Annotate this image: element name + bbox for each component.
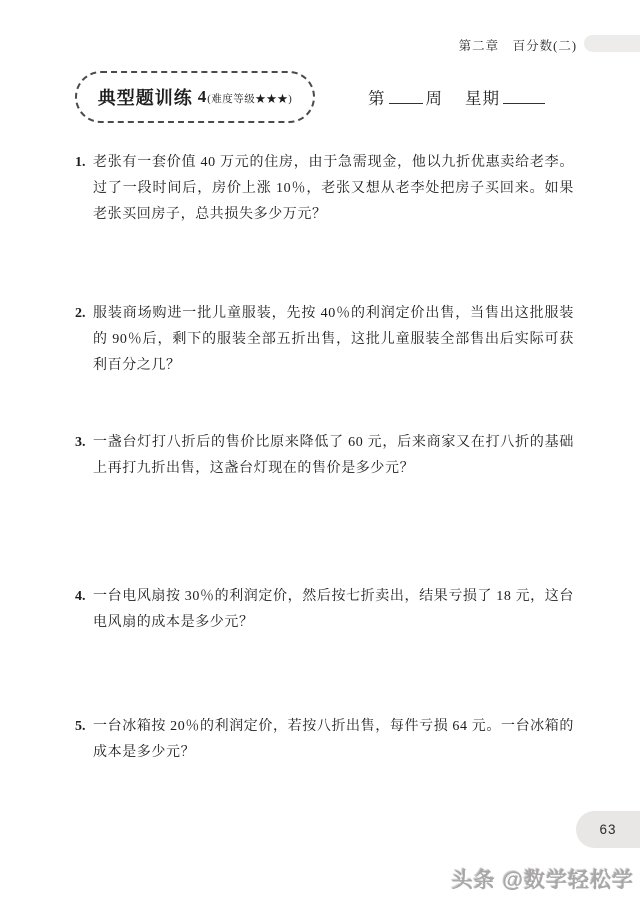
problem-1-text: 老张有一套价值 40 万元的住房，由于急需现金，他以九折优惠卖给老李。过了一段时…	[93, 150, 574, 228]
problem-1: 1. 老张有一套价值 40 万元的住房，由于急需现金，他以九折优惠卖给老李。过了…	[75, 150, 574, 228]
problem-3-text: 一盏台灯打八折后的售价比原来降低了 60 元，后来商家又在打八折的基础上再打九折…	[93, 430, 574, 482]
problem-4: 4. 一台电风扇按 30％的利润定价，然后按七折卖出，结果亏损了 18 元，这台…	[75, 584, 574, 636]
problem-1-number: 1.	[75, 150, 86, 176]
week-date-line: 第周星期	[368, 85, 545, 109]
week-suffix-label: 周	[426, 89, 444, 108]
problem-4-text: 一台电风扇按 30％的利润定价，然后按七折卖出，结果亏损了 18 元，这台电风扇…	[93, 584, 574, 636]
page-number-tab: 63	[576, 811, 640, 848]
watermark: 头条 @数学轻松学	[452, 864, 634, 894]
day-label: 星期	[465, 89, 500, 108]
section-title-box: 典型题训练 4 (难度等级★★★)	[75, 71, 315, 123]
problem-2: 2. 服装商场购进一批儿童服装，先按 40％的利润定价出售，当售出这批服装的 9…	[75, 301, 574, 379]
problem-3: 3. 一盏台灯打八折后的售价比原来降低了 60 元，后来商家又在打八折的基础上再…	[75, 430, 574, 482]
problem-3-number: 3.	[75, 430, 86, 456]
header-corner-pill	[584, 35, 640, 52]
difficulty-label: (难度等级★★★)	[207, 91, 292, 106]
problem-5-number: 5.	[75, 714, 86, 740]
week-blank-line	[389, 88, 423, 104]
worksheet-page: { "header": { "chapter": "第二章 百分数(二)" },…	[0, 0, 640, 903]
day-blank-line	[503, 88, 545, 104]
chapter-header: 第二章 百分数(二)	[459, 36, 577, 54]
problem-4-number: 4.	[75, 584, 86, 610]
page-number: 63	[599, 822, 616, 837]
problem-5-text: 一台冰箱按 20％的利润定价，若按八折出售，每件亏损 64 元。一台冰箱的成本是…	[93, 714, 574, 766]
problem-2-number: 2.	[75, 301, 86, 327]
week-prefix-label: 第	[368, 89, 386, 108]
problem-5: 5. 一台冰箱按 20％的利润定价，若按八折出售，每件亏损 64 元。一台冰箱的…	[75, 714, 574, 766]
problem-2-text: 服装商场购进一批儿童服装，先按 40％的利润定价出售，当售出这批服装的 90％后…	[93, 301, 574, 379]
section-number: 4	[198, 87, 207, 107]
section-title: 典型题训练	[98, 84, 193, 110]
